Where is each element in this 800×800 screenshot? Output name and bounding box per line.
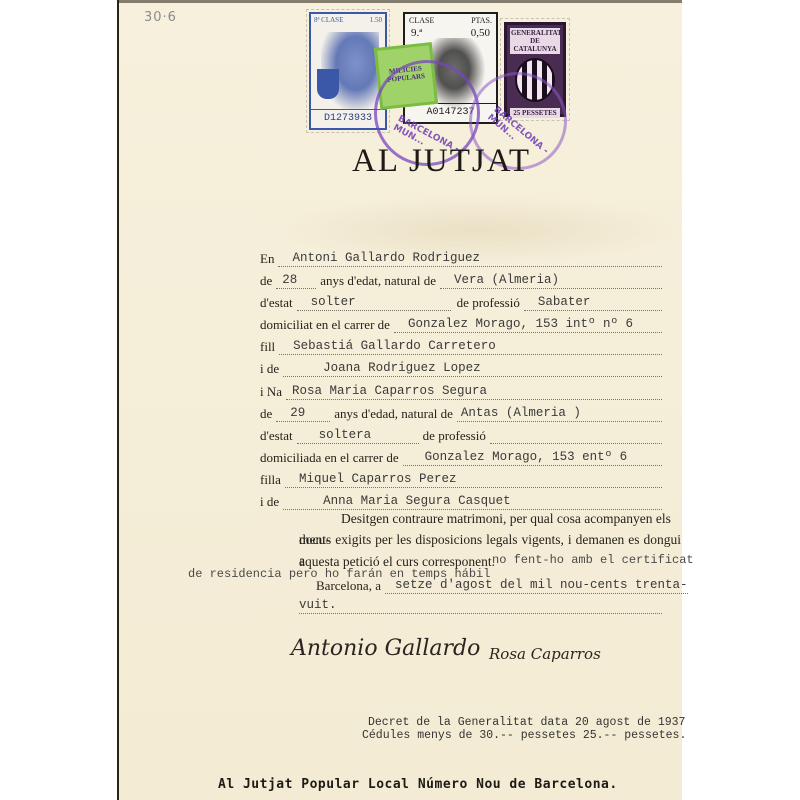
addressee-footer: Al Jutjat Popular Local Número Nou de Ba… [218,777,618,792]
bride-signature: Rosa Caparros [489,645,601,663]
groom-status-row: d'estat solter de professió Sabater [260,291,662,311]
field-label: anys d'edad, natural de [330,406,457,422]
bride-age-field: 29 [276,405,330,422]
groom-birthplace-field: Vera (Almeria) [440,272,662,289]
decree-note-line-2: Cédules menys de 30.-- pessetes 25.-- pe… [362,729,686,742]
field-label: filla [260,472,285,488]
pencil-annotation: 30·6 [144,10,177,25]
groom-name-field: Antoni Gallardo Rodriguez [278,250,662,267]
stamp-value: 1.50 [370,16,382,24]
date-row-continued: vuit. [299,594,662,614]
groom-mother-row: i de Joana Rodriguez Lopez [260,357,662,377]
bride-status-row: d'estat soltera de professió [260,424,662,444]
groom-signature: Antonio Gallardo [291,636,480,661]
date-row: Barcelona, a setze d'agost del mil nou-c… [316,574,662,594]
date-field: setze d'agost del mil nou-cents trenta- [385,577,688,594]
bride-address-field: Gonzalez Morago, 153 entº 6 [403,449,662,466]
field-label: Barcelona, a [316,578,385,594]
stamp-class-number: 9.ª [411,27,422,39]
bride-name-row: i Na Rosa Maria Caparros Segura [260,380,662,400]
bride-profession-field [490,427,662,444]
groom-father-row: fill Sebastiá Gallardo Carretero [260,335,662,355]
field-label: domiciliat en el carrer de [260,317,394,333]
stamp-currency: PTAS. [471,16,492,25]
coat-of-arms-icon [317,69,339,99]
bride-address-row: domiciliada en el carrer de Gonzalez Mor… [260,446,662,466]
field-label: fill [260,339,279,355]
field-label: de professió [451,295,524,311]
typed-addendum-1: no fent-ho amb el certificat [492,553,694,567]
groom-profession-field: Sabater [524,294,662,311]
field-label: En [260,251,278,267]
groom-status-field: solter [297,294,451,311]
document-page: 30·6 8ª CLASE1.50 D1273933 CLASEPTAS. 9.… [117,0,682,800]
bride-status-field: soltera [297,427,419,444]
field-label: i Na [260,384,286,400]
field-label: d'estat [260,428,297,444]
groom-name-row: En Antoni Gallardo Rodriguez [260,247,662,267]
bride-birthplace-field: Antas (Almeria ) [457,405,662,422]
field-label: de professió [419,428,490,444]
stamp-class-label: 8ª CLASE [314,16,343,24]
field-label: de [260,273,276,289]
stamp-header: GENERALITAT DE CATALUNYA [510,28,560,54]
bride-mother-row: i de Anna Maria Segura Casquet [260,490,662,510]
page-title: AL JUTJAT [352,143,531,180]
bride-age-row: de 29 anys d'edad, natural de Antas (Alm… [260,402,662,422]
groom-age-row: de 28 anys d'edat, natural de Vera (Alme… [260,269,662,289]
field-label: de [260,406,276,422]
field-label: i de [260,494,283,510]
field-label: anys d'edat, natural de [316,273,440,289]
date-field-continued: vuit. [299,597,662,614]
groom-address-field: Gonzalez Morago, 153 intº nº 6 [394,316,662,333]
bride-father-field: Miquel Caparros Perez [285,471,662,488]
decree-note-line-1: Decret de la Generalitat data 20 agost d… [368,716,685,729]
field-label: domiciliada en el carrer de [260,450,403,466]
stamp-class-label: CLASE [409,16,434,25]
groom-father-field: Sebastiá Gallardo Carretero [279,338,662,355]
groom-mother-field: Joana Rodriguez Lopez [283,360,662,377]
groom-age-field: 28 [276,272,316,289]
bride-father-row: filla Miquel Caparros Perez [260,468,662,488]
field-label: i de [260,361,283,377]
groom-address-row: domiciliat en el carrer de Gonzalez Mora… [260,313,662,333]
field-label: d'estat [260,295,297,311]
bride-name-field: Rosa Maria Caparros Segura [286,383,662,400]
